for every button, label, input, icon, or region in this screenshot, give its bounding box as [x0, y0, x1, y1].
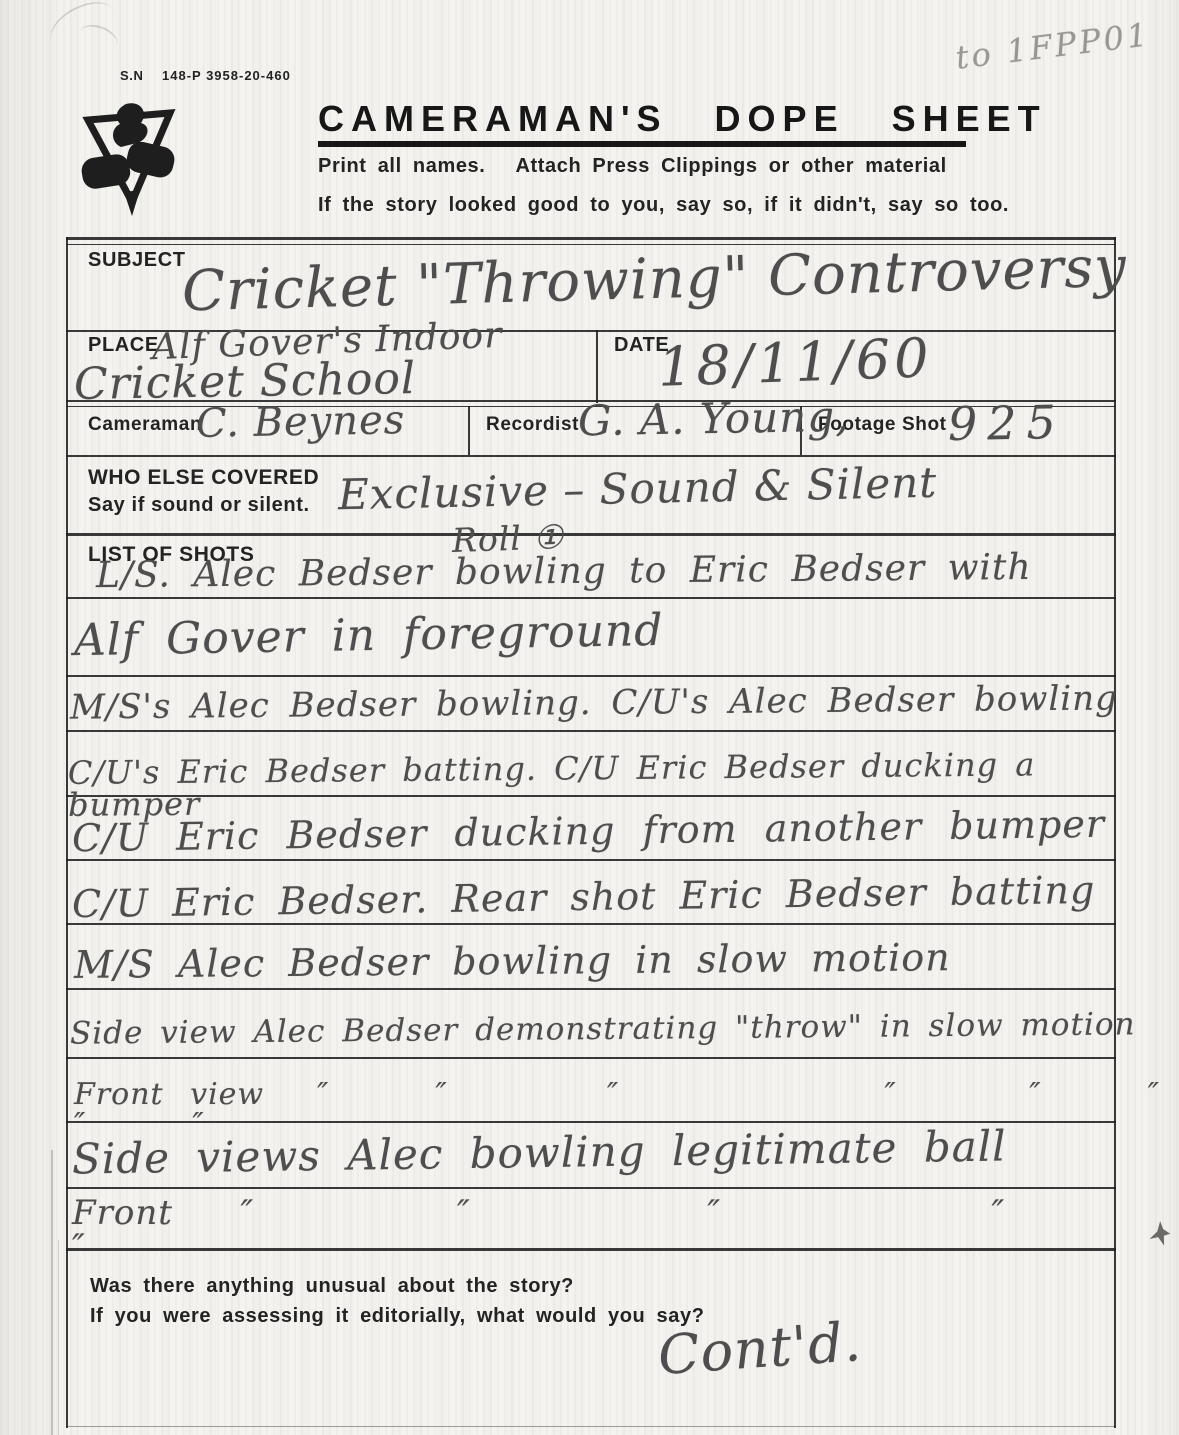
subject-label: SUBJECT [88, 249, 186, 272]
cameraman-label: Cameraman [88, 414, 202, 436]
place-label: PLACE [88, 334, 159, 357]
recordist-label: Recordist [486, 414, 579, 436]
who-else-label-line2: Say if sound or silent. [88, 494, 310, 517]
footage-shot-value: 925 [948, 399, 1067, 447]
page-title: CAMERAMAN'S DOPE SHEET [318, 98, 1047, 140]
footer-answer: Cont'd. [656, 1315, 863, 1383]
form-border-bottom [66, 1426, 1116, 1427]
recordist-value: G. A. Young, [578, 396, 850, 443]
rule-whoelse-bottom [66, 533, 1116, 536]
instruction-attach-clippings: Attach Press Clippings or other material [515, 155, 946, 178]
shot-rule-10 [66, 1187, 1116, 1189]
title-underline [318, 141, 966, 147]
shot-line: Front ″ ″ ″ ″ ″ [72, 1196, 1179, 1264]
instruction-line1: Print all names. Attach Press Clippings … [318, 155, 947, 178]
instruction-print-names: Print all names. [318, 155, 485, 178]
shot-line: C/U Eric Bedser. Rear shot Eric Bedser b… [72, 871, 1096, 923]
who-else-label-line1: WHO ELSE COVERED [88, 466, 319, 490]
shot-rule-5 [66, 859, 1116, 861]
footer-question-line2: If you were assessing it editorially, wh… [90, 1305, 705, 1328]
shot-rule-3 [66, 730, 1116, 732]
shot-line: Alf Gover in foreground [74, 609, 664, 663]
divider-place-date [596, 330, 598, 403]
footer-question-line1: Was there anything unusual about the sto… [90, 1275, 574, 1298]
shot-line: M/S Alec Bedser bowling in slow motion [74, 938, 951, 984]
cameraman-value: C. Beynes [196, 400, 406, 444]
shot-rule-2 [66, 675, 1116, 677]
shot-line: M/S's Alec Bedser bowling. C/U's Alec Be… [70, 681, 1118, 724]
pencil-catalogue-note: to 1FPP01 [954, 18, 1152, 74]
paper-edge-left2 [58, 1240, 59, 1435]
instruction-line2: If the story looked good to you, say so,… [318, 194, 1009, 217]
divider-cameraman-recordist [468, 406, 470, 455]
serial-number: 148-P 3958-20-460 [162, 68, 291, 83]
date-value: 18/11/60 [657, 331, 933, 395]
cameraman-newsreel-emblem-icon [80, 100, 180, 235]
paper-edge-left [51, 1150, 53, 1435]
shot-rule-7 [66, 988, 1116, 990]
shot-line: L/S. Alec Bedser bowling to Eric Bedser … [96, 550, 1032, 594]
shot-line: Side view Alec Bedser demonstrating "thr… [70, 1009, 1136, 1049]
rule-cameraman-bottom [66, 455, 1116, 457]
dope-sheet-scan: to 1FPP01 S.N 148-P 3958-20-460 CAMERAMA… [0, 0, 1179, 1435]
shot-rule-1 [66, 597, 1116, 599]
serial-label: S.N [120, 68, 143, 83]
shot-rule-8 [66, 1057, 1116, 1059]
subject-value: Cricket "Throwing" Controversy [181, 240, 1127, 321]
who-else-value: Exclusive – Sound & Silent [338, 462, 938, 517]
shot-line: Side views Alec bowling legitimate ball [72, 1125, 1007, 1180]
